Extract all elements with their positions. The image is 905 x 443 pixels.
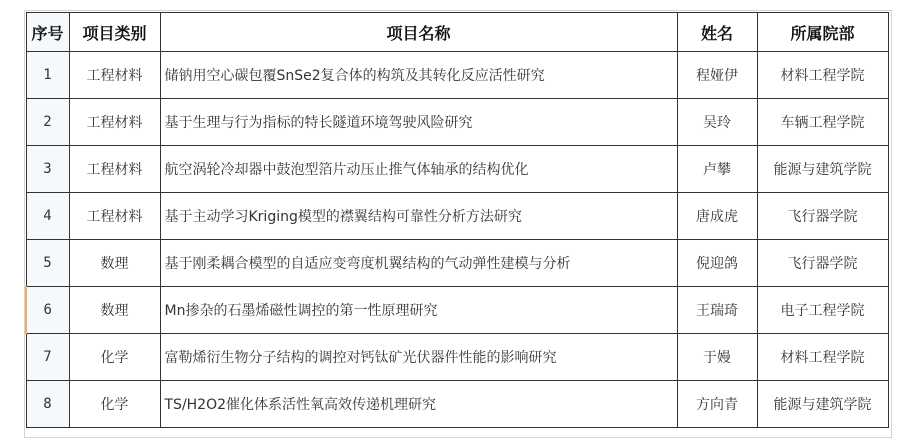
cell-category: 工程材料 (69, 52, 160, 99)
projects-table: 序号 项目类别 项目名称 姓名 所属院部 1 工程材料 储钠用空心碳包覆SnSe… (25, 12, 889, 428)
cell-name: 卢攀 (677, 146, 757, 193)
cell-title: 航空涡轮冷却器中鼓泡型箔片动压止推气体轴承的结构优化 (160, 146, 677, 193)
table-row: 8 化学 TS/H2O2催化体系活性氧高效传递机理研究 方向青 能源与建筑学院 (26, 381, 888, 428)
table-row: 6 数理 Mn掺杂的石墨烯磁性调控的第一性原理研究 王瑞琦 电子工程学院 (26, 287, 888, 334)
cell-title: 基于刚柔耦合模型的自适应变弯度机翼结构的气动弹性建模与分析 (160, 240, 677, 287)
cell-name: 倪迎鸽 (677, 240, 757, 287)
cell-title: 基于生理与行为指标的特长隧道环境驾驶风险研究 (160, 99, 677, 146)
cell-index: 6 (26, 287, 69, 334)
cell-category: 工程材料 (69, 146, 160, 193)
cell-category: 工程材料 (69, 99, 160, 146)
cell-department: 飞行器学院 (757, 193, 888, 240)
table-row: 5 数理 基于刚柔耦合模型的自适应变弯度机翼结构的气动弹性建模与分析 倪迎鸽 飞… (26, 240, 888, 287)
cell-name: 方向青 (677, 381, 757, 428)
table-row: 2 工程材料 基于生理与行为指标的特长隧道环境驾驶风险研究 吴玲 车辆工程学院 (26, 99, 888, 146)
cell-title: TS/H2O2催化体系活性氧高效传递机理研究 (160, 381, 677, 428)
table-row: 7 化学 富勒烯衍生物分子结构的调控对钙钛矿光伏器件性能的影响研究 于嫚 材料工… (26, 334, 888, 381)
cell-category: 工程材料 (69, 193, 160, 240)
cell-index: 4 (26, 193, 69, 240)
header-index: 序号 (26, 13, 69, 52)
cell-index: 8 (26, 381, 69, 428)
header-department: 所属院部 (757, 13, 888, 52)
cell-category: 化学 (69, 334, 160, 381)
cell-department: 能源与建筑学院 (757, 146, 888, 193)
cell-name: 吴玲 (677, 99, 757, 146)
cell-category: 数理 (69, 287, 160, 334)
header-name: 姓名 (677, 13, 757, 52)
cell-name: 王瑞琦 (677, 287, 757, 334)
cell-title: 储钠用空心碳包覆SnSe2复合体的构筑及其转化反应活性研究 (160, 52, 677, 99)
cell-index: 5 (26, 240, 69, 287)
cell-title: 基于主动学习Kriging模型的襟翼结构可靠性分析方法研究 (160, 193, 677, 240)
cell-department: 材料工程学院 (757, 334, 888, 381)
table-row: 4 工程材料 基于主动学习Kriging模型的襟翼结构可靠性分析方法研究 唐成虎… (26, 193, 888, 240)
table-header-row: 序号 项目类别 项目名称 姓名 所属院部 (26, 13, 888, 52)
cell-department: 车辆工程学院 (757, 99, 888, 146)
cell-name: 于嫚 (677, 334, 757, 381)
cell-department: 能源与建筑学院 (757, 381, 888, 428)
cell-title: Mn掺杂的石墨烯磁性调控的第一性原理研究 (160, 287, 677, 334)
cell-department: 材料工程学院 (757, 52, 888, 99)
table-row: 3 工程材料 航空涡轮冷却器中鼓泡型箔片动压止推气体轴承的结构优化 卢攀 能源与… (26, 146, 888, 193)
table-row: 1 工程材料 储钠用空心碳包覆SnSe2复合体的构筑及其转化反应活性研究 程娅伊… (26, 52, 888, 99)
header-title: 项目名称 (160, 13, 677, 52)
cell-name: 程娅伊 (677, 52, 757, 99)
header-category: 项目类别 (69, 13, 160, 52)
cell-department: 电子工程学院 (757, 287, 888, 334)
cell-index: 3 (26, 146, 69, 193)
cell-index: 2 (26, 99, 69, 146)
cell-category: 数理 (69, 240, 160, 287)
cell-department: 飞行器学院 (757, 240, 888, 287)
cell-index: 7 (26, 334, 69, 381)
cell-title: 富勒烯衍生物分子结构的调控对钙钛矿光伏器件性能的影响研究 (160, 334, 677, 381)
cell-category: 化学 (69, 381, 160, 428)
cell-index: 1 (26, 52, 69, 99)
cell-name: 唐成虎 (677, 193, 757, 240)
